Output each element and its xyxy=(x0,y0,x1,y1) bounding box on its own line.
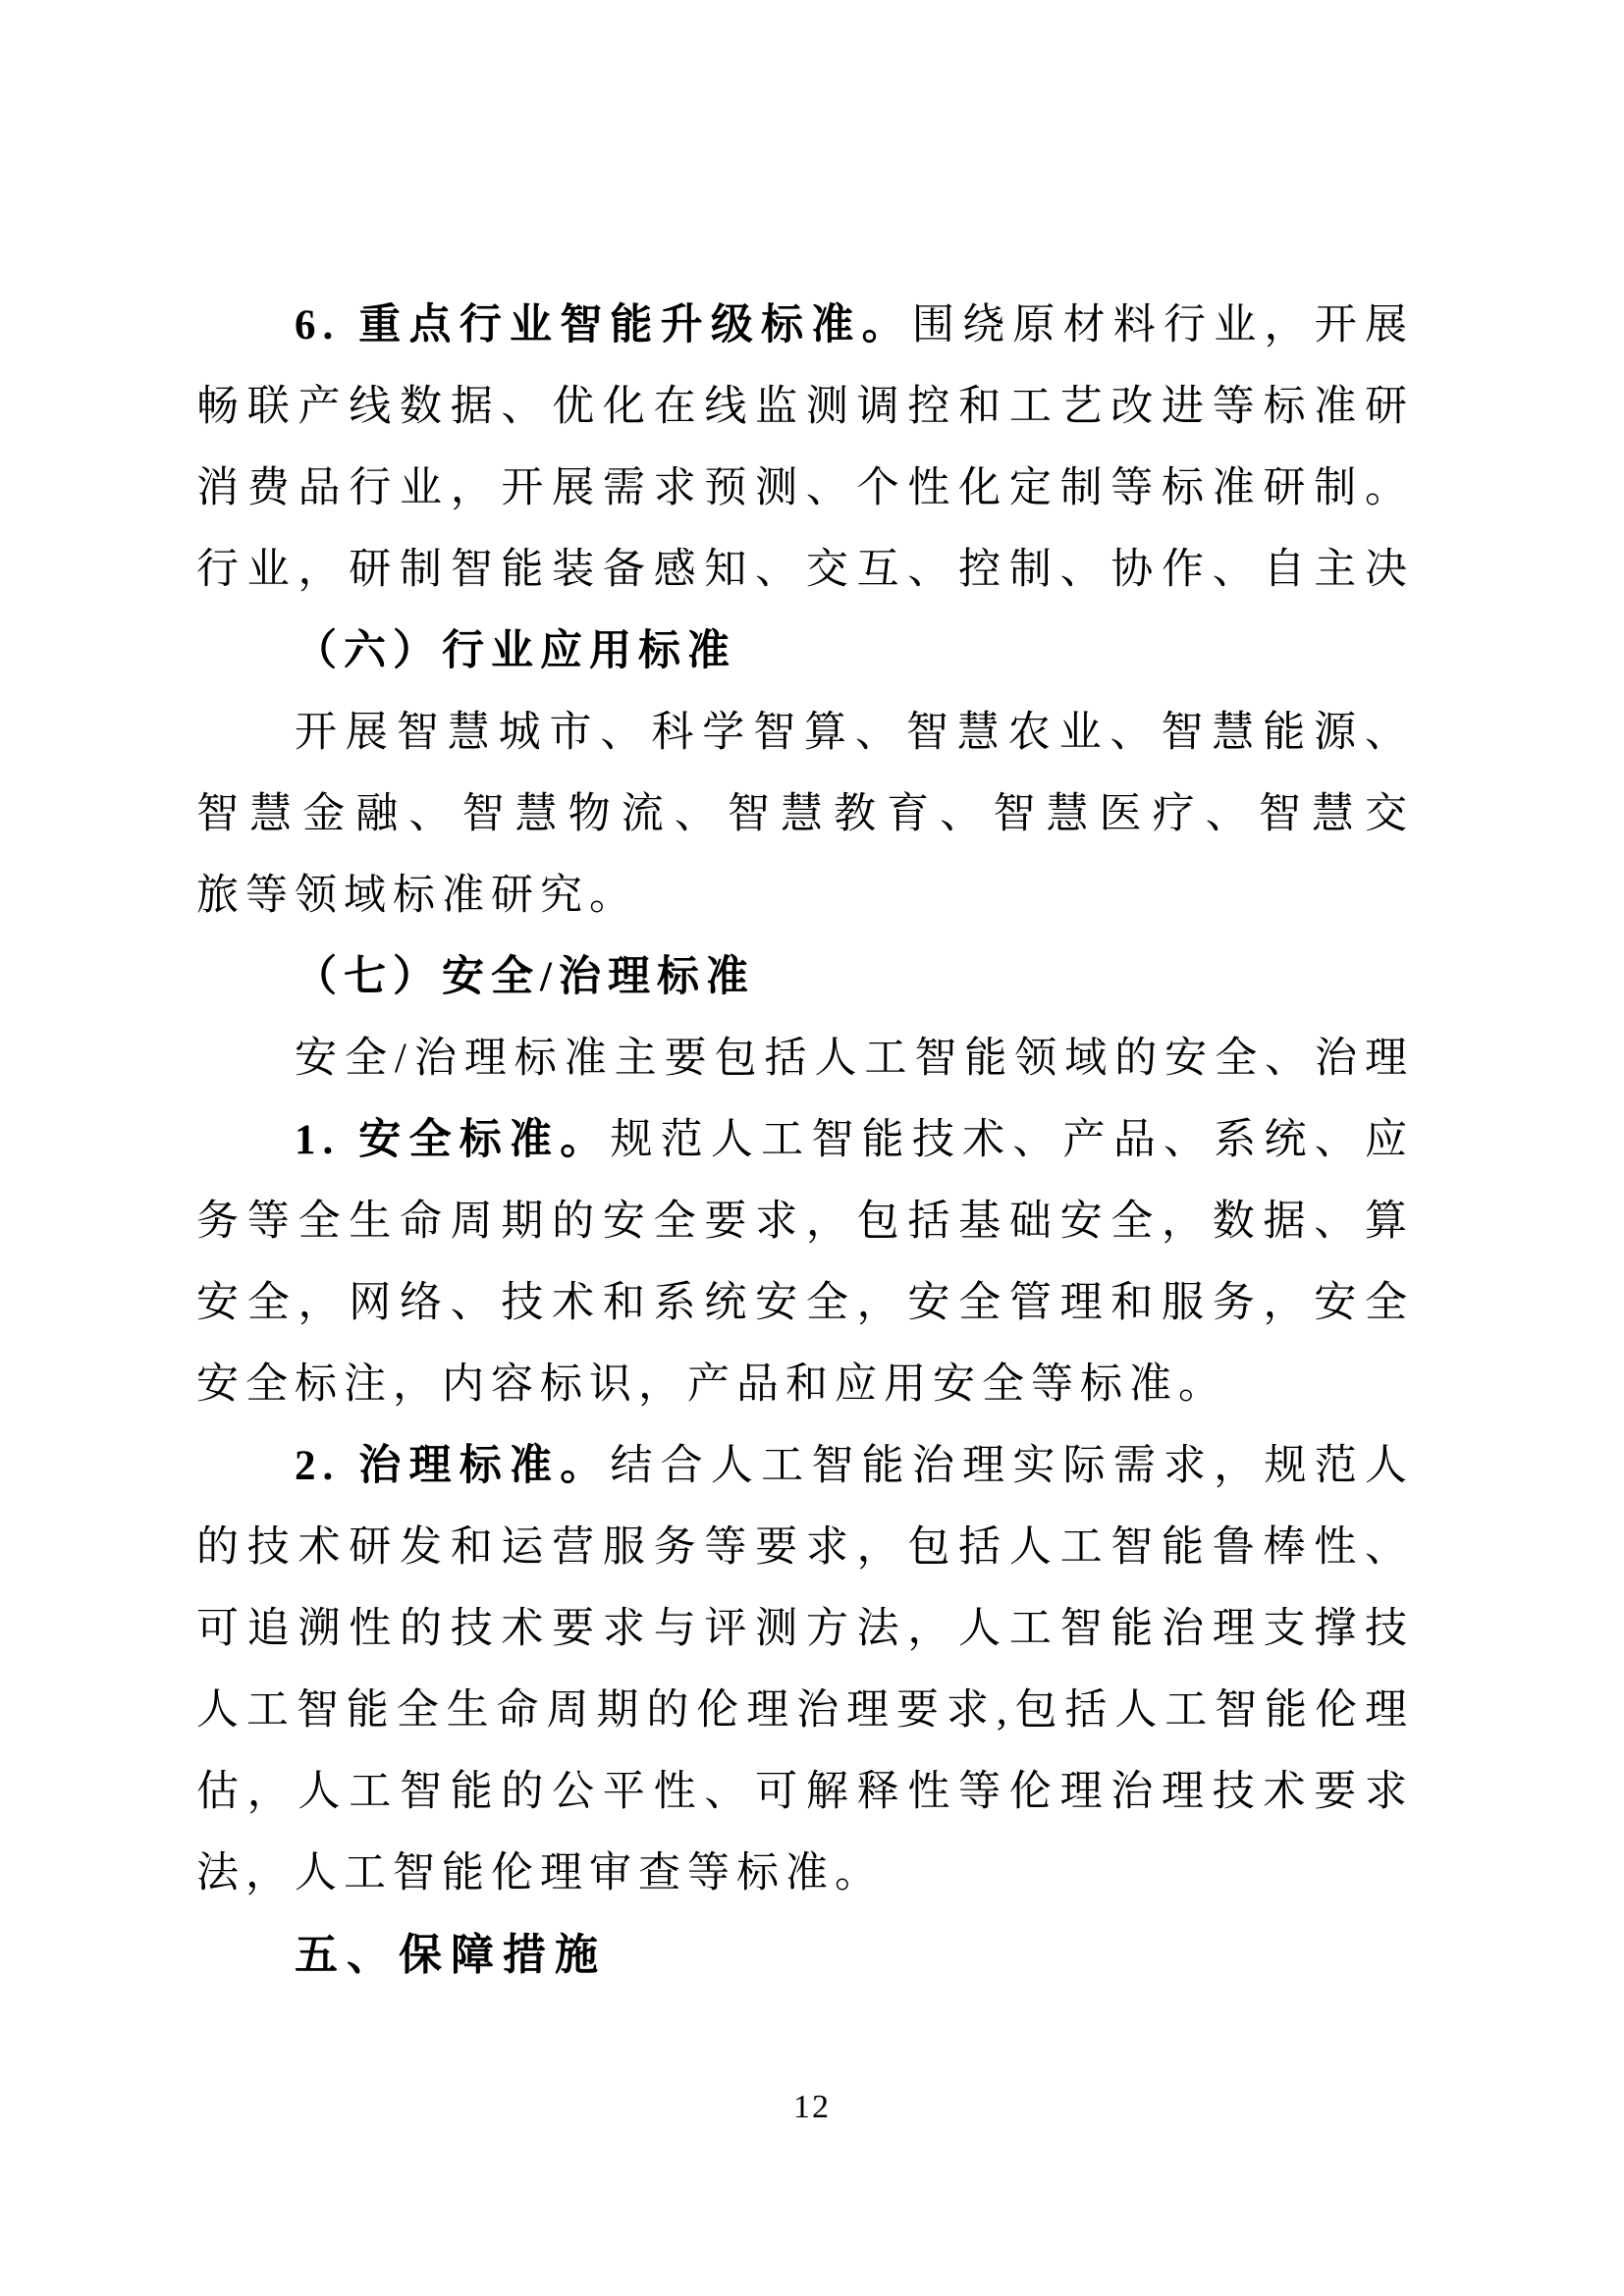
page-number: 12 xyxy=(0,2085,1624,2130)
paragraph-line: 智慧金融、智慧物流、智慧教育、智慧医疗、智慧交通、智慧文 xyxy=(196,774,1414,855)
paragraph-line: 安全/治理标准主要包括人工智能领域的安全、治理等标准。 xyxy=(196,1018,1414,1099)
section-heading-7: （七）安全/治理标准 xyxy=(196,936,1414,1018)
document-page: 6. 重点行业智能升级标准。围绕原材料行业，开展大模型 畅联产线数据、优化在线监… xyxy=(0,0,1624,2296)
paragraph-line: 1. 安全标准。规范人工智能技术、产品、系统、应用、服 xyxy=(196,1099,1414,1181)
paragraph-line: 消费品行业，开展需求预测、个性化定制等标准研制。围绕装备 xyxy=(196,448,1414,529)
paragraph-line: 2. 治理标准。结合人工智能治理实际需求，规范人工智能 xyxy=(196,1425,1414,1507)
paragraph-line: 人工智能全生命周期的伦理治理要求,包括人工智能伦理风险评 xyxy=(196,1670,1414,1751)
paragraph-line: 安全标注，内容标识，产品和应用安全等标准。 xyxy=(196,1344,1414,1425)
bold-lead-run: 2. 治理标准。 xyxy=(295,1443,610,1489)
paragraph-line: 开展智慧城市、科学智算、智慧农业、智慧能源、智慧环保、 xyxy=(196,692,1414,774)
document-body: 6. 重点行业智能升级标准。围绕原材料行业，开展大模型 畅联产线数据、优化在线监… xyxy=(196,285,1414,1996)
paragraph-line: 安全，网络、技术和系统安全，安全管理和服务，安全测试评估， xyxy=(196,1262,1414,1344)
paragraph-line: 的技术研发和运营服务等要求，包括人工智能鲁棒性、可靠性、 xyxy=(196,1507,1414,1588)
paragraph-line: 法，人工智能伦理审查等标准。 xyxy=(196,1833,1414,1914)
paragraph-line: 行业，研制智能装备感知、交互、控制、协作、自主决策等标准。 xyxy=(196,529,1414,611)
section-heading-5-major: 五、保障措施 xyxy=(196,1914,1414,1996)
paragraph-line: 畅联产线数据、优化在线监测调控和工艺改进等标准研制。围绕 xyxy=(196,366,1414,448)
paragraph-line: 务等全生命周期的安全要求，包括基础安全，数据、算法和模型 xyxy=(196,1181,1414,1262)
bold-lead-run: 1. 安全标准。 xyxy=(295,1117,610,1163)
paragraph-line: 可追溯性的技术要求与评测方法，人工智能治理支撑技术；规范 xyxy=(196,1588,1414,1670)
paragraph-line: 旅等领域标准研究。 xyxy=(196,855,1414,936)
paragraph-line: 估，人工智能的公平性、可解释性等伦理治理技术要求与评测方 xyxy=(196,1751,1414,1833)
bold-lead-run: 6. 重点行业智能升级标准。 xyxy=(295,302,912,348)
paragraph-line: 6. 重点行业智能升级标准。围绕原材料行业，开展大模型 xyxy=(196,285,1414,366)
section-heading-6: （六）行业应用标准 xyxy=(196,611,1414,692)
